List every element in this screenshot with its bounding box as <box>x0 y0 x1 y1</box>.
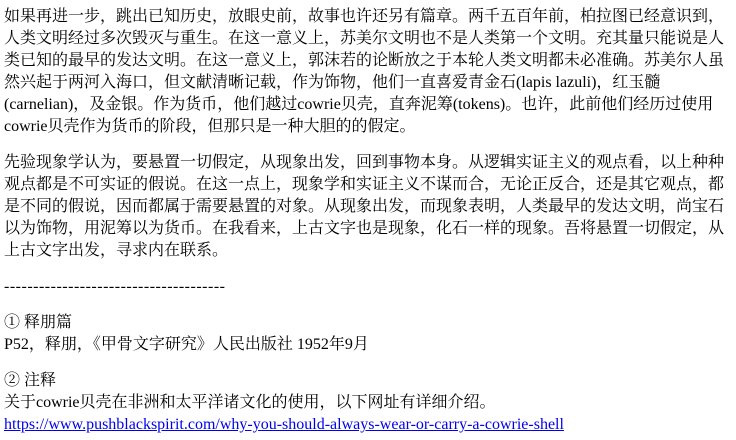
text-line: 是不同的假说，因而都属于需要悬置的对象。从现象出发，而现象表明，人类最早的发达文… <box>4 196 732 218</box>
text-line: 上古文字出发，寻求内在联系。 <box>4 240 732 262</box>
paragraph-phenomenology: 先验现象学认为，要悬置一切假定，从现象出发，回到事物本身。从逻辑实证主义的观点看… <box>4 152 732 262</box>
text-line: 人类文明经过多次毁灭与重生。在这一意义上，苏美尔文明也不是人类第一个文明。充其量… <box>4 28 732 50</box>
paragraph-history: 如果再进一步，跳出已知历史，放眼史前，故事也许还另有篇章。两千五百年前，柏拉图已… <box>4 6 732 138</box>
footnote-2-body: 关于cowrie贝壳在非洲和太平洋诸文化的使用，以下网址有详细介绍。 <box>4 392 732 414</box>
footnote-2: ② 注释 关于cowrie贝壳在非洲和太平洋诸文化的使用，以下网址有详细介绍。 … <box>4 370 732 436</box>
text-line: (carnelian)，及金银。作为货币，他们越过cowrie贝壳，直奔泥筹(t… <box>4 94 732 116</box>
cowrie-shell-link[interactable]: https://www.pushblackspirit.com/why-you-… <box>4 414 732 436</box>
document-page: { "page": { "background_color": "#ffffff… <box>0 0 736 440</box>
footnote-1-title: ① 释朋篇 <box>4 312 732 334</box>
text-line: 然兴起于两河入海口，但文献清晰记载，作为饰物，他们一直喜爱青金石(lapis l… <box>4 72 732 94</box>
text-line: 观点都是不可实证的假说。在这一点上，现象学和实证主义不谋而合，无论正反合，还是其… <box>4 174 732 196</box>
footnote-2-title: ② 注释 <box>4 370 732 392</box>
text-line: 如果再进一步，跳出已知历史，放眼史前，故事也许还另有篇章。两千五百年前，柏拉图已… <box>4 6 732 28</box>
text-line: 以为饰物，用泥筹以为货币。在我看来，上古文字也是现象，化石一样的现象。吾将悬置一… <box>4 218 732 240</box>
text-line: 先验现象学认为，要悬置一切假定，从现象出发，回到事物本身。从逻辑实证主义的观点看… <box>4 152 732 174</box>
footnote-1: ① 释朋篇 P52，释朋，《甲骨文字研究》人民出版社 1952年9月 <box>4 312 732 356</box>
divider-line: -------------------------------------- <box>4 276 732 298</box>
document-body: 如果再进一步，跳出已知历史，放眼史前，故事也许还另有篇章。两千五百年前，柏拉图已… <box>0 0 736 436</box>
footnote-1-body: P52，释朋，《甲骨文字研究》人民出版社 1952年9月 <box>4 334 732 356</box>
text-line: 类已知的最早的发达文明。在这一意义上，郭沫若的论断放之于本轮人类文明都未必准确。… <box>4 50 732 72</box>
text-line: cowrie贝壳作为货币的阶段，但那只是一种大胆的的假定。 <box>4 116 732 138</box>
